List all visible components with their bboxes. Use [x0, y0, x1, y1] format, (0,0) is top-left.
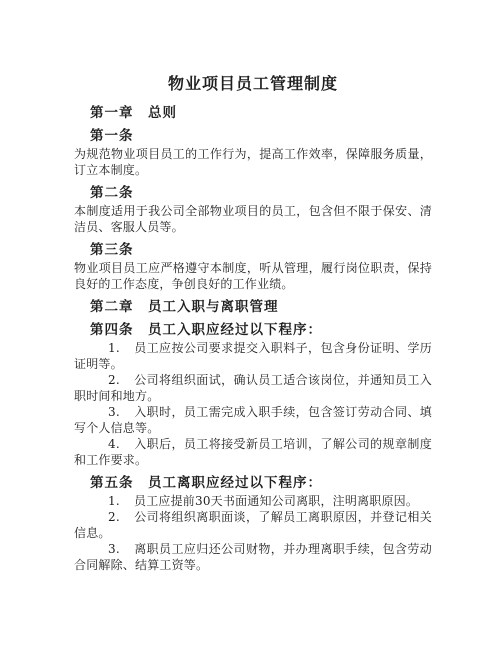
list-item: 1.员工应按公司要求提交入职料子，包含身份证明、学历证明等。: [74, 340, 432, 372]
article-1-heading: 第一条: [74, 129, 432, 144]
list-item-number: 1.: [108, 493, 134, 509]
list-item-number: 3.: [108, 404, 134, 420]
list-item-text: 员工应提前30天书面通知公司离职，注明离职原因。: [134, 494, 418, 508]
list-item-number: 1.: [108, 340, 134, 356]
article-4-heading: 第四条 员工入职应经过以下程序：: [74, 323, 432, 338]
list-item-number: 2.: [108, 372, 134, 388]
article-2-body: 本制度适用于我公司全部物业项目的员工，包含但不限于保安、清洁员、客服人员等。: [74, 203, 432, 235]
article-2-heading: 第二条: [74, 186, 432, 201]
list-item: 2.公司将组织面试，确认员工适合该岗位，并通知员工入职时间和地方。: [74, 372, 432, 404]
chapter-2-heading: 第二章 员工入职与离职管理: [74, 300, 432, 315]
article-1-body: 为规范物业项目员工的工作行为，提高工作效率，保障服务质量，订立本制度。: [74, 146, 432, 178]
chapter-1-heading: 第一章 总则: [74, 106, 432, 121]
list-item: 1.员工应提前30天书面通知公司离职，注明离职原因。: [74, 493, 432, 509]
list-item-number: 2.: [108, 509, 134, 525]
list-item: 4.入职后，员工将接受新员工培训，了解公司的规章制度和工作要求。: [74, 436, 432, 468]
list-item-number: 3.: [108, 541, 134, 557]
article-3-body: 物业项目员工应严格遵守本制度，听从管理，履行岗位职责，保持良好的工作态度，争创良…: [74, 260, 432, 292]
list-item: 3.离职员工应归还公司财物，并办理离职手续，包含劳动合同解除、结算工资等。: [74, 541, 432, 573]
document-page: 物业项目员工管理制度 第一章 总则 第一条 为规范物业项目员工的工作行为，提高工…: [0, 0, 500, 647]
list-item-number: 4.: [108, 436, 134, 452]
list-item: 2.公司将组织离职面谈，了解员工离职原因，并登记相关信息。: [74, 509, 432, 541]
list-item: 3.入职时，员工需完成入职手续，包含签订劳动合同、填写个人信息等。: [74, 404, 432, 436]
document-title: 物业项目员工管理制度: [74, 74, 432, 93]
article-5-heading: 第五条 员工离职应经过以下程序：: [74, 476, 432, 491]
article-3-heading: 第三条: [74, 243, 432, 258]
